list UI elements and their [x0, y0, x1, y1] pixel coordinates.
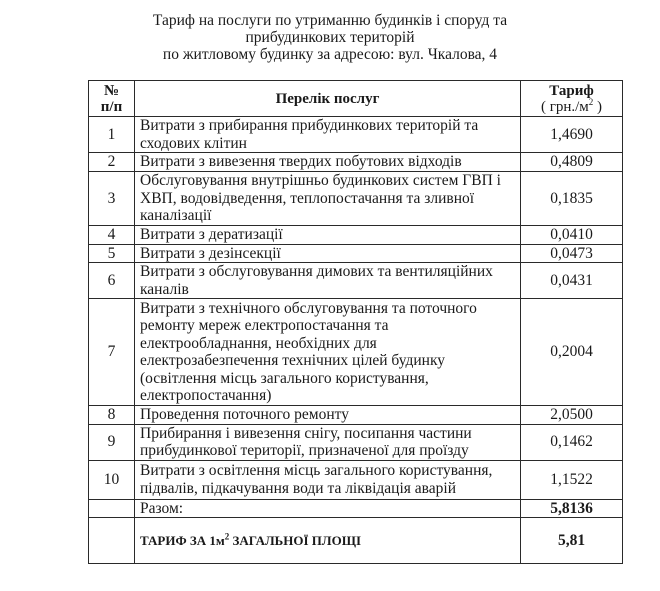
row-value: 0,0410 [521, 225, 623, 244]
header-services: Перелік послуг [135, 81, 521, 117]
title-line-1: Тариф на послуги по утриманню будинків і… [0, 12, 660, 29]
row-number: 8 [89, 406, 135, 425]
row-number: 6 [89, 263, 135, 299]
tariff-per-m2-row: ТАРИФ ЗА 1м2 ЗАГАЛЬНОЇ ПЛОЩІ 5,81 [89, 518, 623, 564]
row-service: Витрати з дезінсекції [135, 244, 521, 263]
table-row: 1Витрати з прибирання прибудинкових тери… [89, 117, 623, 153]
total-value: 5,8136 [521, 499, 623, 518]
row-service: Проведення поточного ремонту [135, 406, 521, 425]
table-row: 7Витрати з технічного обслуговування та … [89, 299, 623, 406]
row-value: 0,4809 [521, 153, 623, 172]
title-line-3: по житловому будинку за адресою: вул. Чк… [0, 46, 660, 63]
header-number: № п/п [89, 81, 135, 117]
row-service: Витрати з дератизації [135, 225, 521, 244]
total-number [89, 499, 135, 518]
tariff-per-m2-label: ТАРИФ ЗА 1м2 ЗАГАЛЬНОЇ ПЛОЩІ [135, 518, 521, 564]
row-service: Прибирання і вивезення снігу, посипання … [135, 424, 521, 460]
row-value: 1,1522 [521, 460, 623, 499]
row-service: Обслуговування внутрішньо будинкових сис… [135, 172, 521, 226]
row-number: 4 [89, 225, 135, 244]
table-row: 5Витрати з дезінсекції0,0473 [89, 244, 623, 263]
row-service: Витрати з прибирання прибудинкових терит… [135, 117, 521, 153]
row-number: 10 [89, 460, 135, 499]
row-number: 9 [89, 424, 135, 460]
header-tariff-unit: ( грн./м2 ) [526, 99, 617, 115]
row-number: 2 [89, 153, 135, 172]
table-row: 3Обслуговування внутрішньо будинкових си… [89, 172, 623, 226]
tariff-table: № п/п Перелік послуг Тариф ( грн./м2 ) 1… [88, 80, 623, 564]
header-number-symbol: № [94, 83, 129, 99]
table-row: 10Витрати з освітлення місць загального … [89, 460, 623, 499]
table-row: 4Витрати з дератизації0,0410 [89, 225, 623, 244]
table-row: 8Проведення поточного ремонту2,0500 [89, 406, 623, 425]
document-title: Тариф на послуги по утриманню будинків і… [0, 12, 660, 63]
row-value: 2,0500 [521, 406, 623, 425]
row-value: 0,1462 [521, 424, 623, 460]
total-row: Разом: 5,8136 [89, 499, 623, 518]
table-row: 2Витрати з вивезення твердих побутових в… [89, 153, 623, 172]
row-value: 0,0431 [521, 263, 623, 299]
row-value: 1,4690 [521, 117, 623, 153]
row-value: 0,2004 [521, 299, 623, 406]
table-row: 9Прибирання і вивезення снігу, посипання… [89, 424, 623, 460]
row-service: Витрати з вивезення твердих побутових ві… [135, 153, 521, 172]
tariff-per-m2-value: 5,81 [521, 518, 623, 564]
tariff-label-rest: ЗАГАЛЬНОЇ ПЛОЩІ [229, 533, 361, 548]
row-value: 0,1835 [521, 172, 623, 226]
title-line-2: прибудинкових територій [0, 29, 660, 46]
row-service: Витрати з обслуговування димових та вент… [135, 263, 521, 299]
tariff-label-text: ТАРИФ ЗА 1м [140, 533, 225, 548]
header-number-label: п/п [94, 99, 129, 115]
row-number: 7 [89, 299, 135, 406]
row-service: Витрати з технічного обслуговування та п… [135, 299, 521, 406]
table-header-row: № п/п Перелік послуг Тариф ( грн./м2 ) [89, 81, 623, 117]
table-row: 6Витрати з обслуговування димових та вен… [89, 263, 623, 299]
header-tariff: Тариф ( грн./м2 ) [521, 81, 623, 117]
unit-close: ) [593, 99, 602, 115]
tariff-number [89, 518, 135, 564]
header-tariff-label: Тариф [526, 83, 617, 99]
unit-text: ( грн./м [541, 99, 589, 115]
total-label: Разом: [135, 499, 521, 518]
row-number: 3 [89, 172, 135, 226]
row-service: Витрати з освітлення місць загального ко… [135, 460, 521, 499]
row-value: 0,0473 [521, 244, 623, 263]
row-number: 5 [89, 244, 135, 263]
row-number: 1 [89, 117, 135, 153]
